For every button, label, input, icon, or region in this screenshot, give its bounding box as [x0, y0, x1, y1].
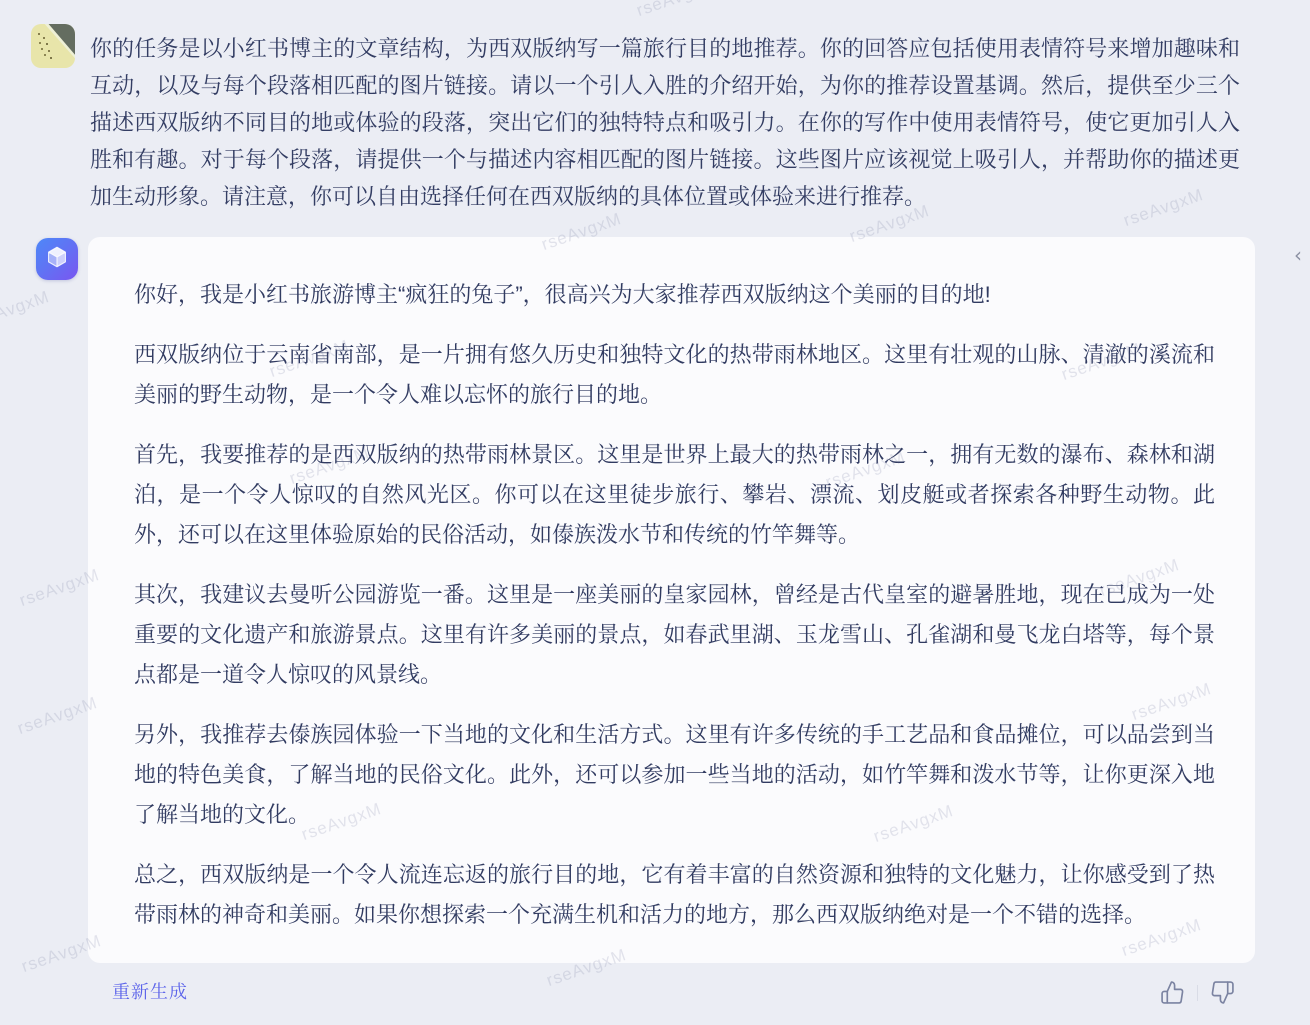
- response-paragraph: 其次，我建议去曼听公园游览一番。这里是一座美丽的皇家园林，曾经是古代皇室的避暑胜…: [134, 575, 1215, 695]
- assistant-avatar: [36, 238, 78, 280]
- watermark: rseAvgxM: [0, 287, 52, 333]
- notepad-pencil-icon: [38, 33, 40, 35]
- feedback-divider: [1197, 985, 1198, 1001]
- response-paragraph: 你好，我是小红书旅游博主“疯狂的兔子”，很高兴为大家推荐西双版纳这个美丽的目的地…: [134, 275, 1215, 315]
- regenerate-button[interactable]: 重新生成: [112, 978, 188, 1004]
- watermark: rseAvgxM: [634, 0, 719, 21]
- response-paragraph: 首先，我要推荐的是西双版纳的热带雨林景区。这里是世界上最大的热带雨林之一，拥有无…: [134, 435, 1215, 555]
- response-paragraph: 另外，我推荐去傣族园体验一下当地的文化和生活方式。这里有许多传统的手工艺品和食品…: [134, 715, 1215, 835]
- user-avatar: [31, 24, 75, 68]
- response-paragraph: 西双版纳位于云南省南部，是一片拥有悠久历史和独特文化的热带雨林地区。这里有壮观的…: [134, 335, 1215, 415]
- assistant-response-card: 你好，我是小红书旅游博主“疯狂的兔子”，很高兴为大家推荐西双版纳这个美丽的目的地…: [88, 237, 1255, 963]
- feedback-buttons: [1160, 980, 1235, 1005]
- thumbs-up-icon[interactable]: [1160, 980, 1185, 1005]
- cube-logo-icon: [44, 244, 70, 275]
- thumbs-down-icon[interactable]: [1210, 980, 1235, 1005]
- response-paragraph: 总之，西双版纳是一个令人流连忘返的旅行目的地，它有着丰富的自然资源和独特的文化魅…: [134, 855, 1215, 935]
- collapse-chevron-icon[interactable]: ‹: [1294, 243, 1302, 267]
- user-message-text: 你的任务是以小红书博主的文章结构，为西双版纳写一篇旅行目的地推荐。你的回答应包括…: [90, 30, 1240, 215]
